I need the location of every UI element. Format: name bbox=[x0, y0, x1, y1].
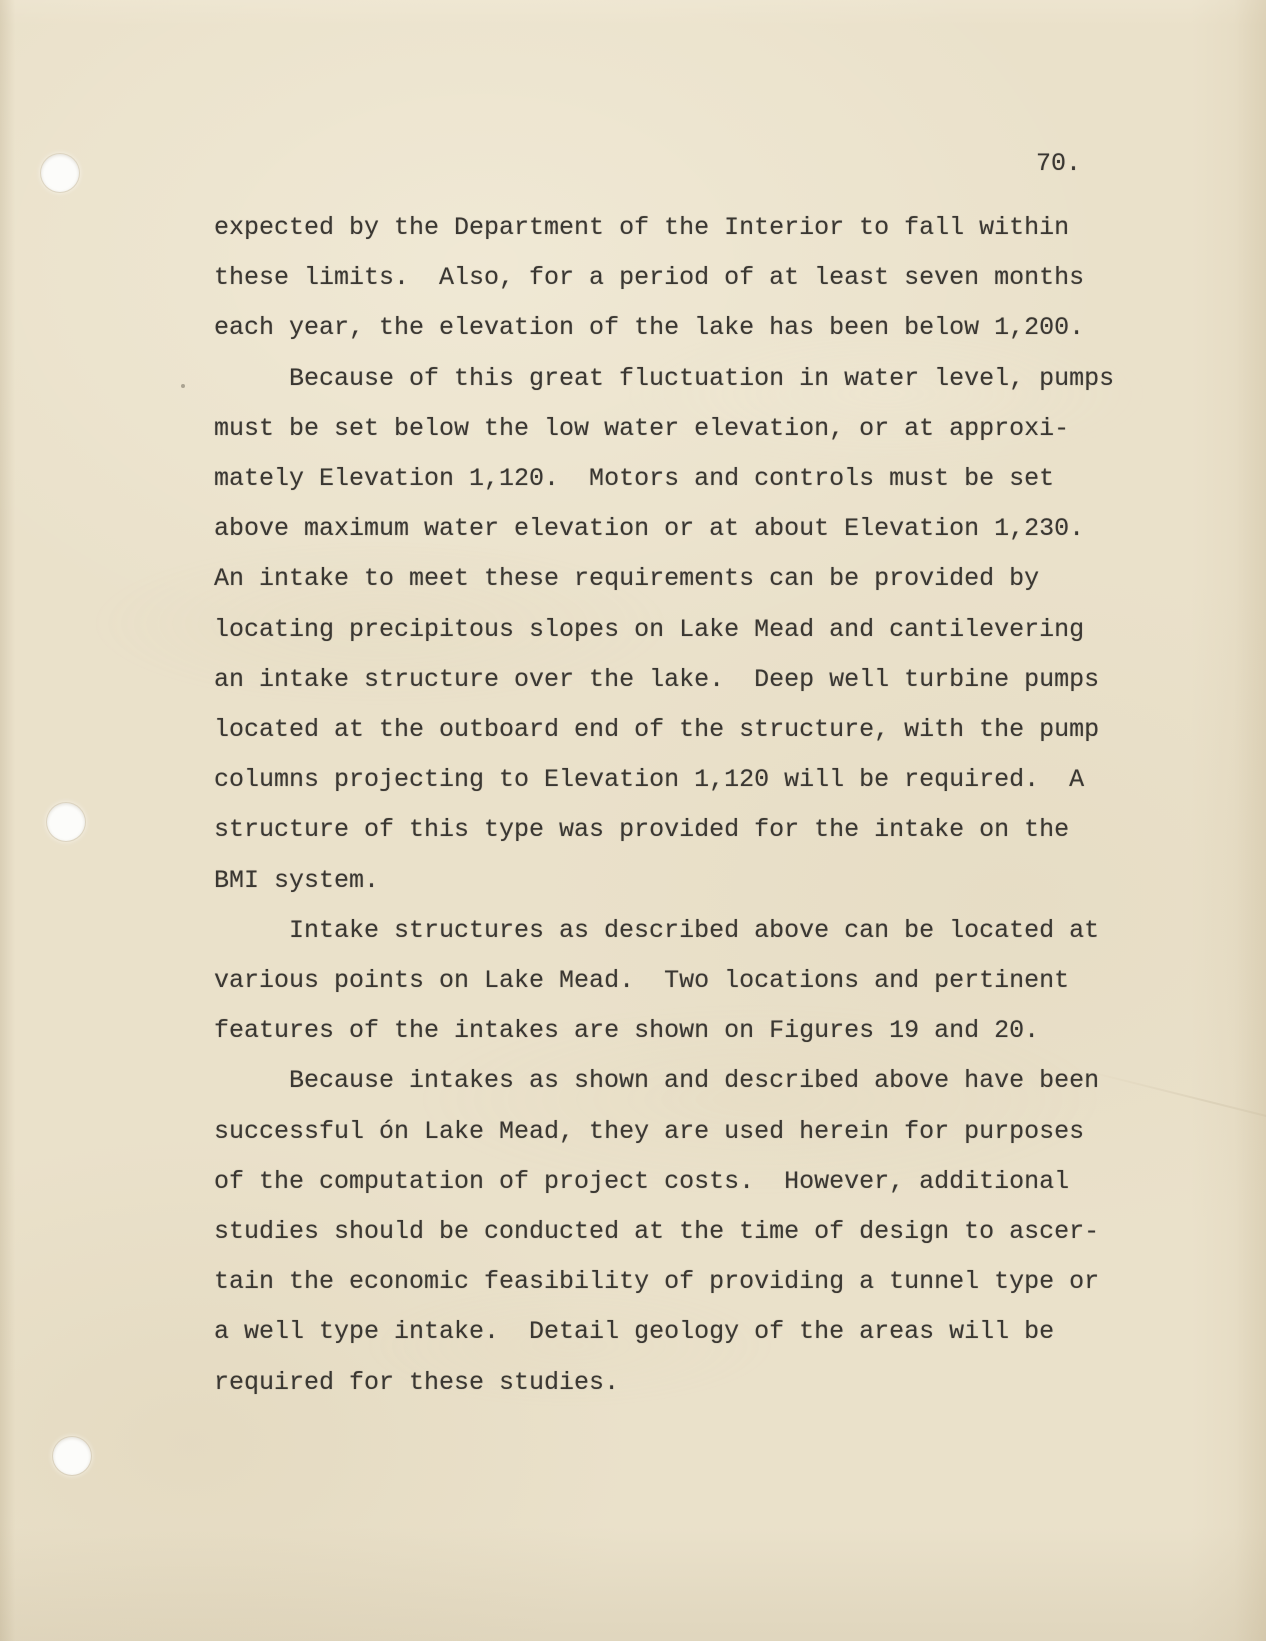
text-line: tain the economic feasibility of providi… bbox=[214, 1257, 1154, 1307]
page-number: 70. bbox=[1036, 139, 1081, 189]
paper-speck bbox=[181, 384, 185, 388]
text-line: An intake to meet these requirements can… bbox=[214, 554, 1154, 604]
text-line: successful ón Lake Mead, they are used h… bbox=[214, 1107, 1154, 1157]
text-line: Intake structures as described above can… bbox=[214, 906, 1154, 956]
text-line: various points on Lake Mead. Two locatio… bbox=[214, 956, 1154, 1006]
punch-hole-top bbox=[41, 154, 79, 192]
text-line: located at the outboard end of the struc… bbox=[214, 705, 1154, 755]
text-line: BMI system. bbox=[214, 856, 1154, 906]
text-line: locating precipitous slopes on Lake Mead… bbox=[214, 605, 1154, 655]
text-line: structure of this type was provided for … bbox=[214, 805, 1154, 855]
text-line: each year, the elevation of the lake has… bbox=[214, 303, 1154, 353]
text-line: Because of this great fluctuation in wat… bbox=[214, 354, 1154, 404]
text-line: mately Elevation 1,120. Motors and contr… bbox=[214, 454, 1154, 504]
text-line: these limits. Also, for a period of at l… bbox=[214, 253, 1154, 303]
text-line: above maximum water elevation or at abou… bbox=[214, 504, 1154, 554]
text-line: expected by the Department of the Interi… bbox=[214, 203, 1154, 253]
text-line: columns projecting to Elevation 1,120 wi… bbox=[214, 755, 1154, 805]
punch-hole-middle bbox=[47, 803, 85, 841]
document-page: 70. expected by the Department of the In… bbox=[0, 0, 1266, 1641]
punch-hole-bottom bbox=[53, 1437, 91, 1475]
text-line: studies should be conducted at the time … bbox=[214, 1207, 1154, 1257]
text-line: features of the intakes are shown on Fig… bbox=[214, 1006, 1154, 1056]
text-line: must be set below the low water elevatio… bbox=[214, 404, 1154, 454]
text-line: Because intakes as shown and described a… bbox=[214, 1056, 1154, 1106]
text-line: an intake structure over the lake. Deep … bbox=[214, 655, 1154, 705]
text-body: expected by the Department of the Interi… bbox=[214, 203, 1154, 1408]
text-line: of the computation of project costs. How… bbox=[214, 1157, 1154, 1207]
text-line: required for these studies. bbox=[214, 1358, 1154, 1408]
text-line: a well type intake. Detail geology of th… bbox=[214, 1307, 1154, 1357]
